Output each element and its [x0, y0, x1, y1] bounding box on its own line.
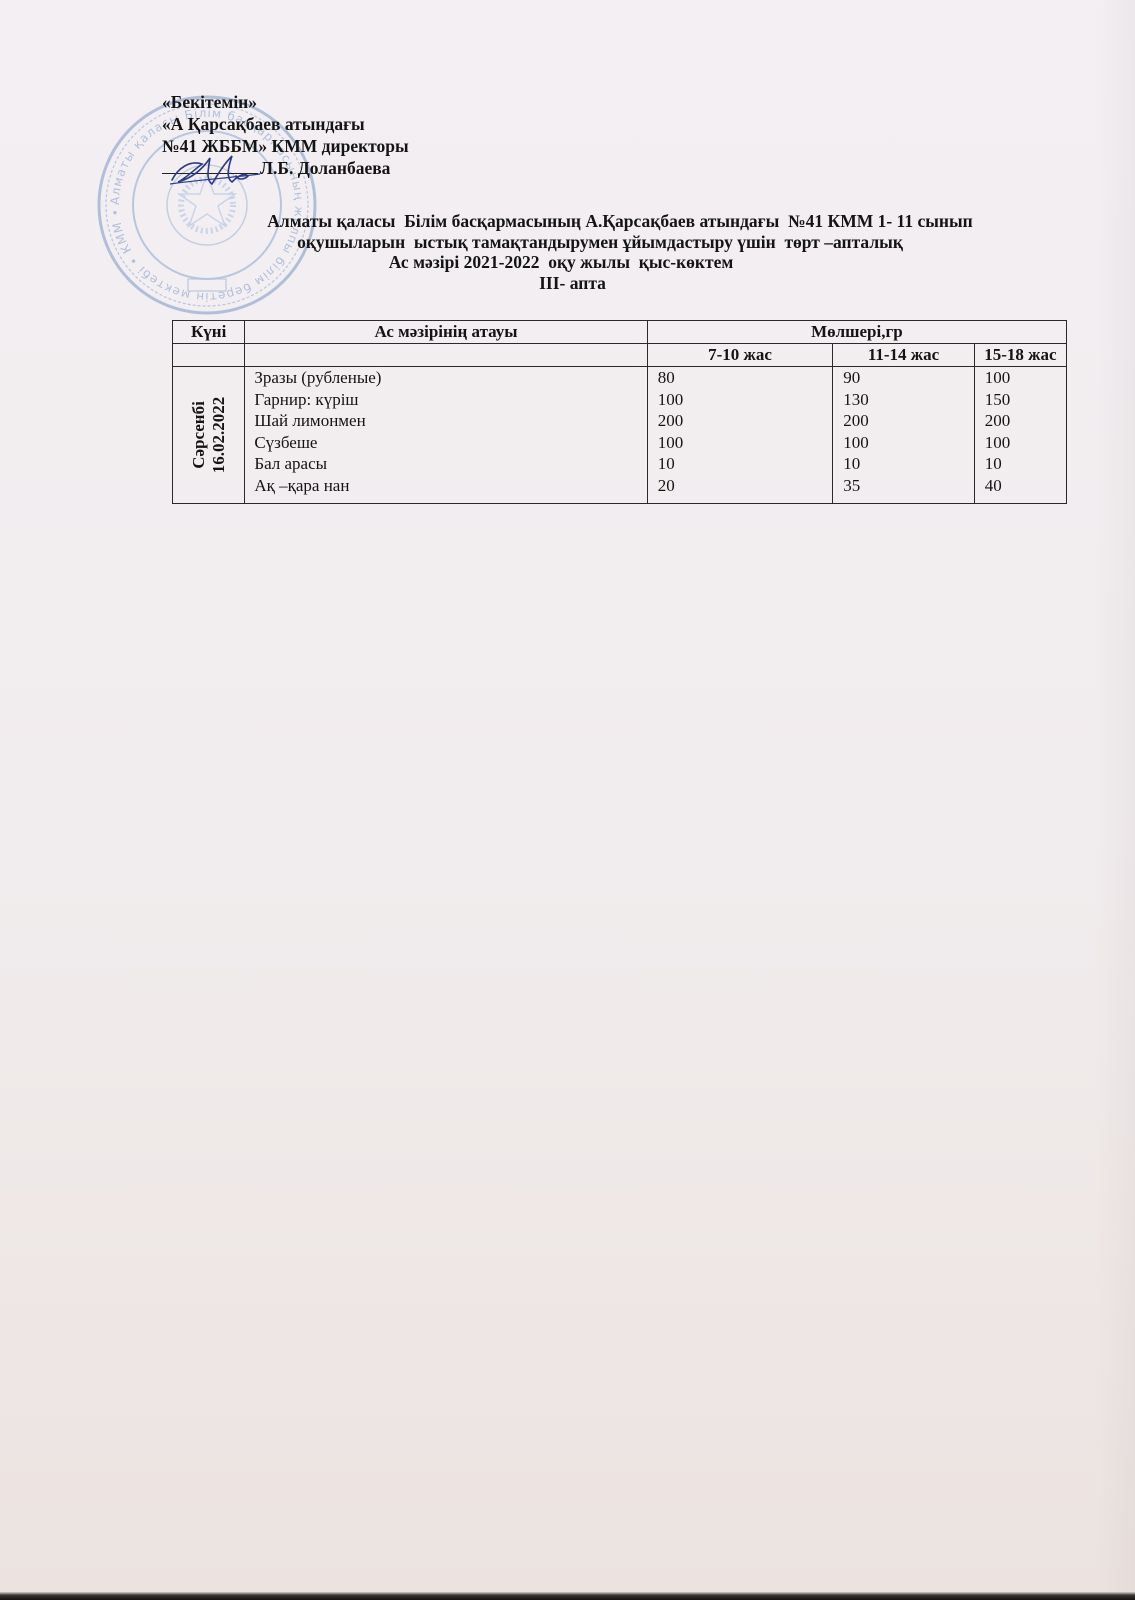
amount-value: 100 — [658, 432, 829, 454]
amount-value: 100 — [658, 389, 829, 411]
age-group-7-10: 7-10 жас — [647, 344, 833, 367]
amount-value: 20 — [658, 475, 829, 497]
amount-value: 40 — [985, 475, 1062, 497]
signatory-name: Л.Б. Доланбаева — [260, 158, 390, 178]
amount-value: 100 — [985, 367, 1062, 389]
amount-value: 150 — [985, 389, 1062, 411]
amounts-15-18-cell: 100 150 200 100 10 40 — [974, 367, 1066, 504]
amount-value: 200 — [843, 410, 969, 432]
title-line: оқушыларын ыстық тамақтандырумен ұйымдас… — [110, 232, 1090, 253]
signature-icon — [168, 150, 268, 190]
day-name: Сәрсенбі — [189, 397, 209, 474]
amount-value: 35 — [843, 475, 969, 497]
menu-table: Күні Ас мәзірінің атауы Мөлшері,гр 7-10 … — [172, 320, 1067, 504]
menu-items-cell: Зразы (рубленые) Гарнир: күріш Шай лимон… — [245, 367, 647, 504]
age-group-11-14: 11-14 жас — [833, 344, 974, 367]
title-line: Ас мәзірі 2021-2022 оқу жылы қыс-көктем — [32, 252, 1090, 273]
menu-item: Гарнир: күріш — [254, 389, 642, 411]
amount-value: 200 — [658, 410, 829, 432]
amount-value: 200 — [985, 410, 1062, 432]
header-day: Күні — [173, 321, 245, 344]
week-label: III- апта — [55, 273, 1090, 294]
menu-item: Зразы (рубленые) — [254, 367, 642, 389]
header-menu-name: Ас мәзірінің атауы — [245, 321, 647, 344]
header-amount: Мөлшері,гр — [647, 321, 1066, 344]
age-group-15-18: 15-18 жас — [974, 344, 1066, 367]
table-row: Сәрсенбі 16.02.2022 Зразы (рубленые) Гар… — [173, 367, 1067, 504]
approval-line: «А Қарсақбаев атындағы — [162, 113, 409, 135]
document-title: Алматы қаласы Білім басқармасының А.Қарс… — [150, 211, 1090, 293]
amount-value: 10 — [843, 453, 969, 475]
empty-cell — [245, 344, 647, 367]
amounts-7-10-cell: 80 100 200 100 10 20 — [647, 367, 833, 504]
menu-item: Сүзбеше — [254, 432, 642, 454]
menu-item: Бал арасы — [254, 453, 642, 475]
day-label: Сәрсенбі 16.02.2022 — [189, 397, 229, 474]
amount-value: 80 — [658, 367, 829, 389]
page-bottom-edge — [0, 1592, 1135, 1600]
menu-item: Шай лимонмен — [254, 410, 642, 432]
menu-item: Ақ –қара нан — [254, 475, 642, 497]
empty-cell — [173, 344, 245, 367]
approval-line: «Бекітемін» — [162, 91, 409, 113]
title-line: Алматы қаласы Білім басқармасының А.Қарс… — [150, 211, 1090, 232]
page-shadow — [1095, 0, 1135, 1600]
amount-value: 10 — [985, 453, 1062, 475]
day-cell: Сәрсенбі 16.02.2022 — [173, 367, 245, 504]
age-group-row: 7-10 жас 11-14 жас 15-18 жас — [173, 344, 1067, 367]
amount-value: 130 — [843, 389, 969, 411]
amount-value: 100 — [843, 432, 969, 454]
day-date: 16.02.2022 — [209, 397, 229, 474]
amount-value: 90 — [843, 367, 969, 389]
amount-value: 10 — [658, 453, 829, 475]
header-row: Күні Ас мәзірінің атауы Мөлшері,гр — [173, 321, 1067, 344]
amounts-11-14-cell: 90 130 200 100 10 35 — [833, 367, 974, 504]
amount-value: 100 — [985, 432, 1062, 454]
